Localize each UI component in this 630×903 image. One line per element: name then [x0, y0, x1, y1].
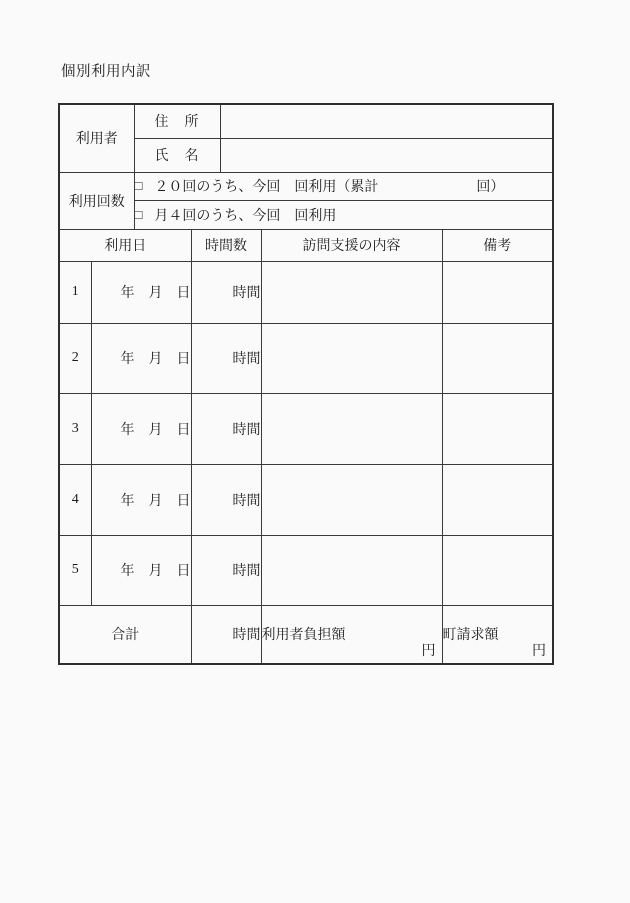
col-header-usage-date: 利用日	[59, 229, 191, 261]
address-label: 住 所	[134, 104, 220, 138]
name-value-cell[interactable]	[220, 138, 553, 172]
remarks-cell[interactable]	[442, 535, 553, 605]
row-number: 3	[59, 393, 91, 464]
date-cell[interactable]: 年 月 日	[91, 323, 191, 393]
yen-unit: 円	[422, 640, 436, 660]
date-cell[interactable]: 年 月 日	[91, 393, 191, 464]
support-content-cell[interactable]	[261, 323, 442, 393]
town-claim-cell[interactable]: 町請求額 円	[442, 605, 553, 664]
remarks-cell[interactable]	[442, 393, 553, 464]
usage-option-20times-label: ２０回のうち、今回 回利用（累計 回）	[154, 180, 504, 195]
usage-option-20times-cell: □２０回のうち、今回 回利用（累計 回）	[134, 172, 553, 200]
row-number: 2	[59, 323, 91, 393]
user-charge-label: 利用者負担額	[262, 628, 346, 643]
checkbox-unchecked-icon[interactable]: □	[135, 207, 143, 223]
hours-cell[interactable]: 時間	[191, 261, 261, 323]
user-charge-cell[interactable]: 利用者負担額 円	[261, 605, 442, 664]
grid-header-row: 利用日 時間数 訪問支援の内容 備考	[59, 229, 553, 261]
hours-cell[interactable]: 時間	[191, 535, 261, 605]
row-number: 4	[59, 464, 91, 535]
town-claim-label: 町請求額	[443, 628, 499, 643]
usage-option-monthly4-cell: □月４回のうち、今回 回利用	[134, 200, 553, 229]
remarks-cell[interactable]	[442, 323, 553, 393]
usage-breakdown-table: 利用者 住 所 氏 名 利用回数 □２０回のうち、今回 回利用（累計 回） □月…	[58, 103, 554, 665]
usage-row: 2 年 月 日 時間	[59, 323, 553, 393]
support-content-cell[interactable]	[261, 535, 442, 605]
checkbox-unchecked-icon[interactable]: □	[135, 178, 143, 194]
remarks-cell[interactable]	[442, 464, 553, 535]
total-label: 合計	[59, 605, 191, 664]
usage-row: 5 年 月 日 時間	[59, 535, 553, 605]
support-content-cell[interactable]	[261, 393, 442, 464]
support-content-cell[interactable]	[261, 261, 442, 323]
usage-row: 3 年 月 日 時間	[59, 393, 553, 464]
yen-unit: 円	[532, 640, 546, 660]
page-title: 個別利用内訳	[61, 60, 151, 81]
hours-cell[interactable]: 時間	[191, 393, 261, 464]
total-row: 合計 時間 利用者負担額 円 町請求額 円	[59, 605, 553, 664]
address-value-cell[interactable]	[220, 104, 553, 138]
address-row: 利用者 住 所	[59, 104, 553, 138]
usage-option-monthly4-label: 月４回のうち、今回 回利用	[154, 209, 336, 224]
row-number: 1	[59, 261, 91, 323]
usage-count-option2-row: □月４回のうち、今回 回利用	[59, 200, 553, 229]
support-content-cell[interactable]	[261, 464, 442, 535]
name-label: 氏 名	[134, 138, 220, 172]
row-number: 5	[59, 535, 91, 605]
usage-count-label: 利用回数	[59, 172, 134, 229]
col-header-support-content: 訪問支援の内容	[261, 229, 442, 261]
user-section-label: 利用者	[59, 104, 134, 172]
hours-cell[interactable]: 時間	[191, 464, 261, 535]
usage-row: 4 年 月 日 時間	[59, 464, 553, 535]
usage-row: 1 年 月 日 時間	[59, 261, 553, 323]
date-cell[interactable]: 年 月 日	[91, 535, 191, 605]
name-row: 氏 名	[59, 138, 553, 172]
hours-cell[interactable]: 時間	[191, 323, 261, 393]
total-hours-cell[interactable]: 時間	[191, 605, 261, 664]
usage-count-option1-row: 利用回数 □２０回のうち、今回 回利用（累計 回）	[59, 172, 553, 200]
col-header-remarks: 備考	[442, 229, 553, 261]
col-header-hours: 時間数	[191, 229, 261, 261]
date-cell[interactable]: 年 月 日	[91, 464, 191, 535]
date-cell[interactable]: 年 月 日	[91, 261, 191, 323]
remarks-cell[interactable]	[442, 261, 553, 323]
